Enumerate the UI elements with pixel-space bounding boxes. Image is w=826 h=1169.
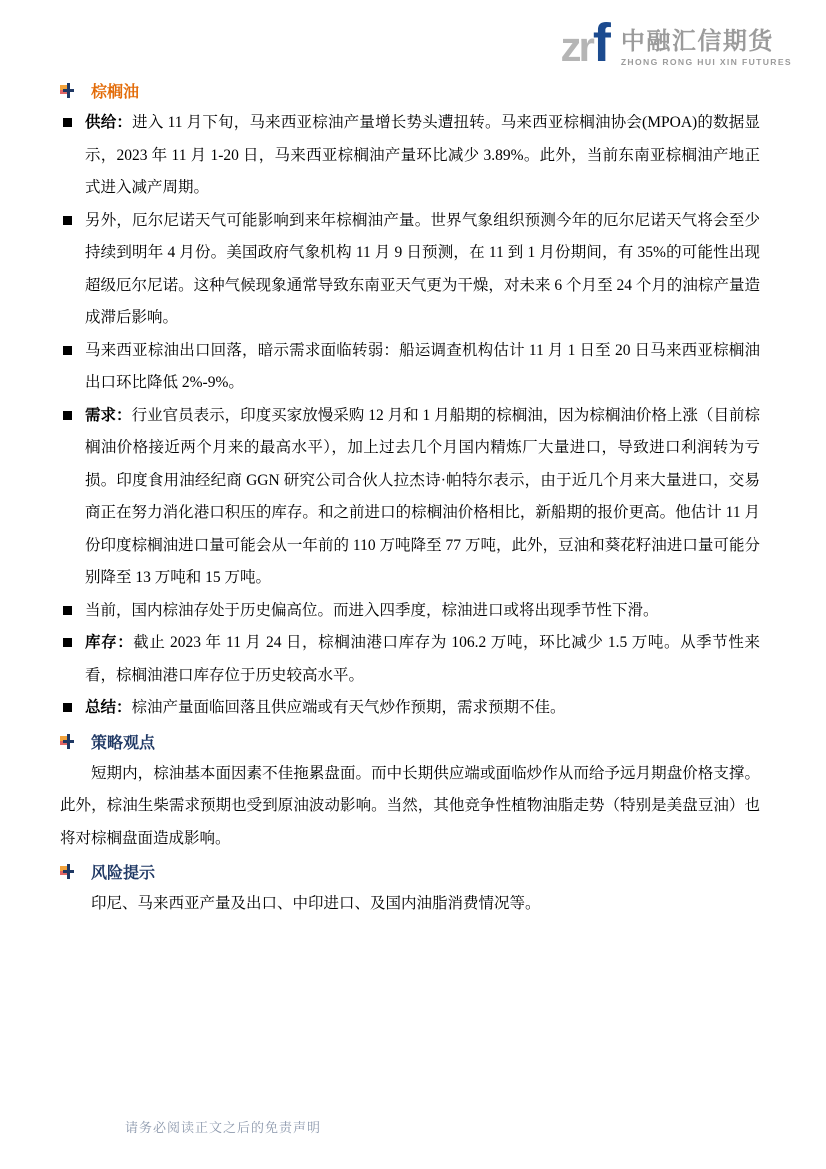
company-name-cn: 中融汇信期货: [621, 29, 792, 55]
black-square-bullet-icon: [63, 638, 72, 647]
black-square-bullet-icon: [63, 606, 72, 615]
bullet-item-inventory: 库存：截止 2023 年 11 月 24 日，棕榈油港口库存为 106.2 万吨…: [60, 627, 760, 692]
section-title: 策略观点: [91, 730, 155, 753]
company-logo: zrf 中融汇信期货 ZHONG RONG HUI XIN FUTURES: [560, 16, 792, 70]
section-header-risk: 风险提示: [60, 855, 760, 888]
section-marker-icon: [60, 864, 75, 879]
bullet-text: 需求：行业官员表示，印度买家放慢采购 12 月和 1 月船期的棕榈油，因为棕榈油…: [85, 400, 760, 595]
logo-zr-text: zr: [560, 23, 591, 70]
section-title: 风险提示: [91, 860, 155, 883]
bullet-text: 供给：进入 11 月下旬，马来西亚棕油产量增长势头遭扭转。马来西亚棕榈油协会(M…: [85, 107, 760, 205]
bullet-label: 总结：: [85, 699, 132, 716]
black-square-bullet-icon: [63, 411, 72, 420]
section-marker-icon: [60, 734, 75, 749]
report-body: 棕榈油 供给：进入 11 月下旬，马来西亚棕油产量增长势头遭扭转。马来西亚棕榈油…: [0, 0, 826, 921]
bullet-item-el-nino: 另外，厄尔尼诺天气可能影响到来年棕榈油产量。世界气象组织预测今年的厄尔尼诺天气将…: [60, 205, 760, 335]
company-name-en: ZHONG RONG HUI XIN FUTURES: [621, 57, 792, 67]
black-square-bullet-icon: [63, 703, 72, 712]
section-header-strategy: 策略观点: [60, 725, 760, 758]
black-square-bullet-icon: [63, 216, 72, 225]
bullet-label: 库存：: [85, 634, 133, 651]
bullet-item-export: 马来西亚棕油出口回落，暗示需求面临转弱：船运调查机构估计 11 月 1 日至 2…: [60, 335, 760, 400]
black-square-bullet-icon: [63, 118, 72, 127]
section-marker-icon: [60, 83, 75, 98]
bullet-item-summary: 总结：棕油产量面临回落且供应端或有天气炒作预期，需求预期不佳。: [60, 692, 760, 725]
bullet-item-domestic: 当前，国内棕油存处于历史偏高位。而进入四季度，棕油进口或将出现季节性下滑。: [60, 595, 760, 628]
risk-paragraph: 印尼、马来西亚产量及出口、中印进口、及国内油脂消费情况等。: [60, 888, 760, 921]
bullet-label: 需求：: [85, 407, 132, 424]
logo-f-text: f: [593, 13, 611, 73]
bullet-text: 另外，厄尔尼诺天气可能影响到来年棕榈油产量。世界气象组织预测今年的厄尔尼诺天气将…: [85, 205, 760, 335]
bullet-item-demand: 需求：行业官员表示，印度买家放慢采购 12 月和 1 月船期的棕榈油，因为棕榈油…: [60, 400, 760, 595]
section-title: 棕榈油: [91, 79, 139, 102]
strategy-paragraph: 短期内，棕油基本面因素不佳拖累盘面。而中长期供应端或面临炒作从而给予远月期盘价格…: [60, 758, 760, 856]
bullet-label: 供给：: [85, 114, 132, 131]
black-square-bullet-icon: [63, 346, 72, 355]
bullet-text: 当前，国内棕油存处于历史偏高位。而进入四季度，棕油进口或将出现季节性下滑。: [85, 595, 760, 628]
logo-names: 中融汇信期货 ZHONG RONG HUI XIN FUTURES: [621, 29, 792, 70]
disclaimer-footer: 请务必阅读正文之后的免责声明: [125, 1117, 321, 1136]
report-page: zrf 中融汇信期货 ZHONG RONG HUI XIN FUTURES 棕榈…: [0, 0, 826, 1169]
logo-zrf-mark: zrf: [560, 16, 610, 70]
bullet-text: 总结：棕油产量面临回落且供应端或有天气炒作预期，需求预期不佳。: [85, 692, 760, 725]
bullet-text: 库存：截止 2023 年 11 月 24 日，棕榈油港口库存为 106.2 万吨…: [85, 627, 760, 692]
section-header-palm-oil: 棕榈油: [60, 74, 760, 107]
bullet-text: 马来西亚棕油出口回落，暗示需求面临转弱：船运调查机构估计 11 月 1 日至 2…: [85, 335, 760, 400]
bullet-item-supply: 供给：进入 11 月下旬，马来西亚棕油产量增长势头遭扭转。马来西亚棕榈油协会(M…: [60, 107, 760, 205]
